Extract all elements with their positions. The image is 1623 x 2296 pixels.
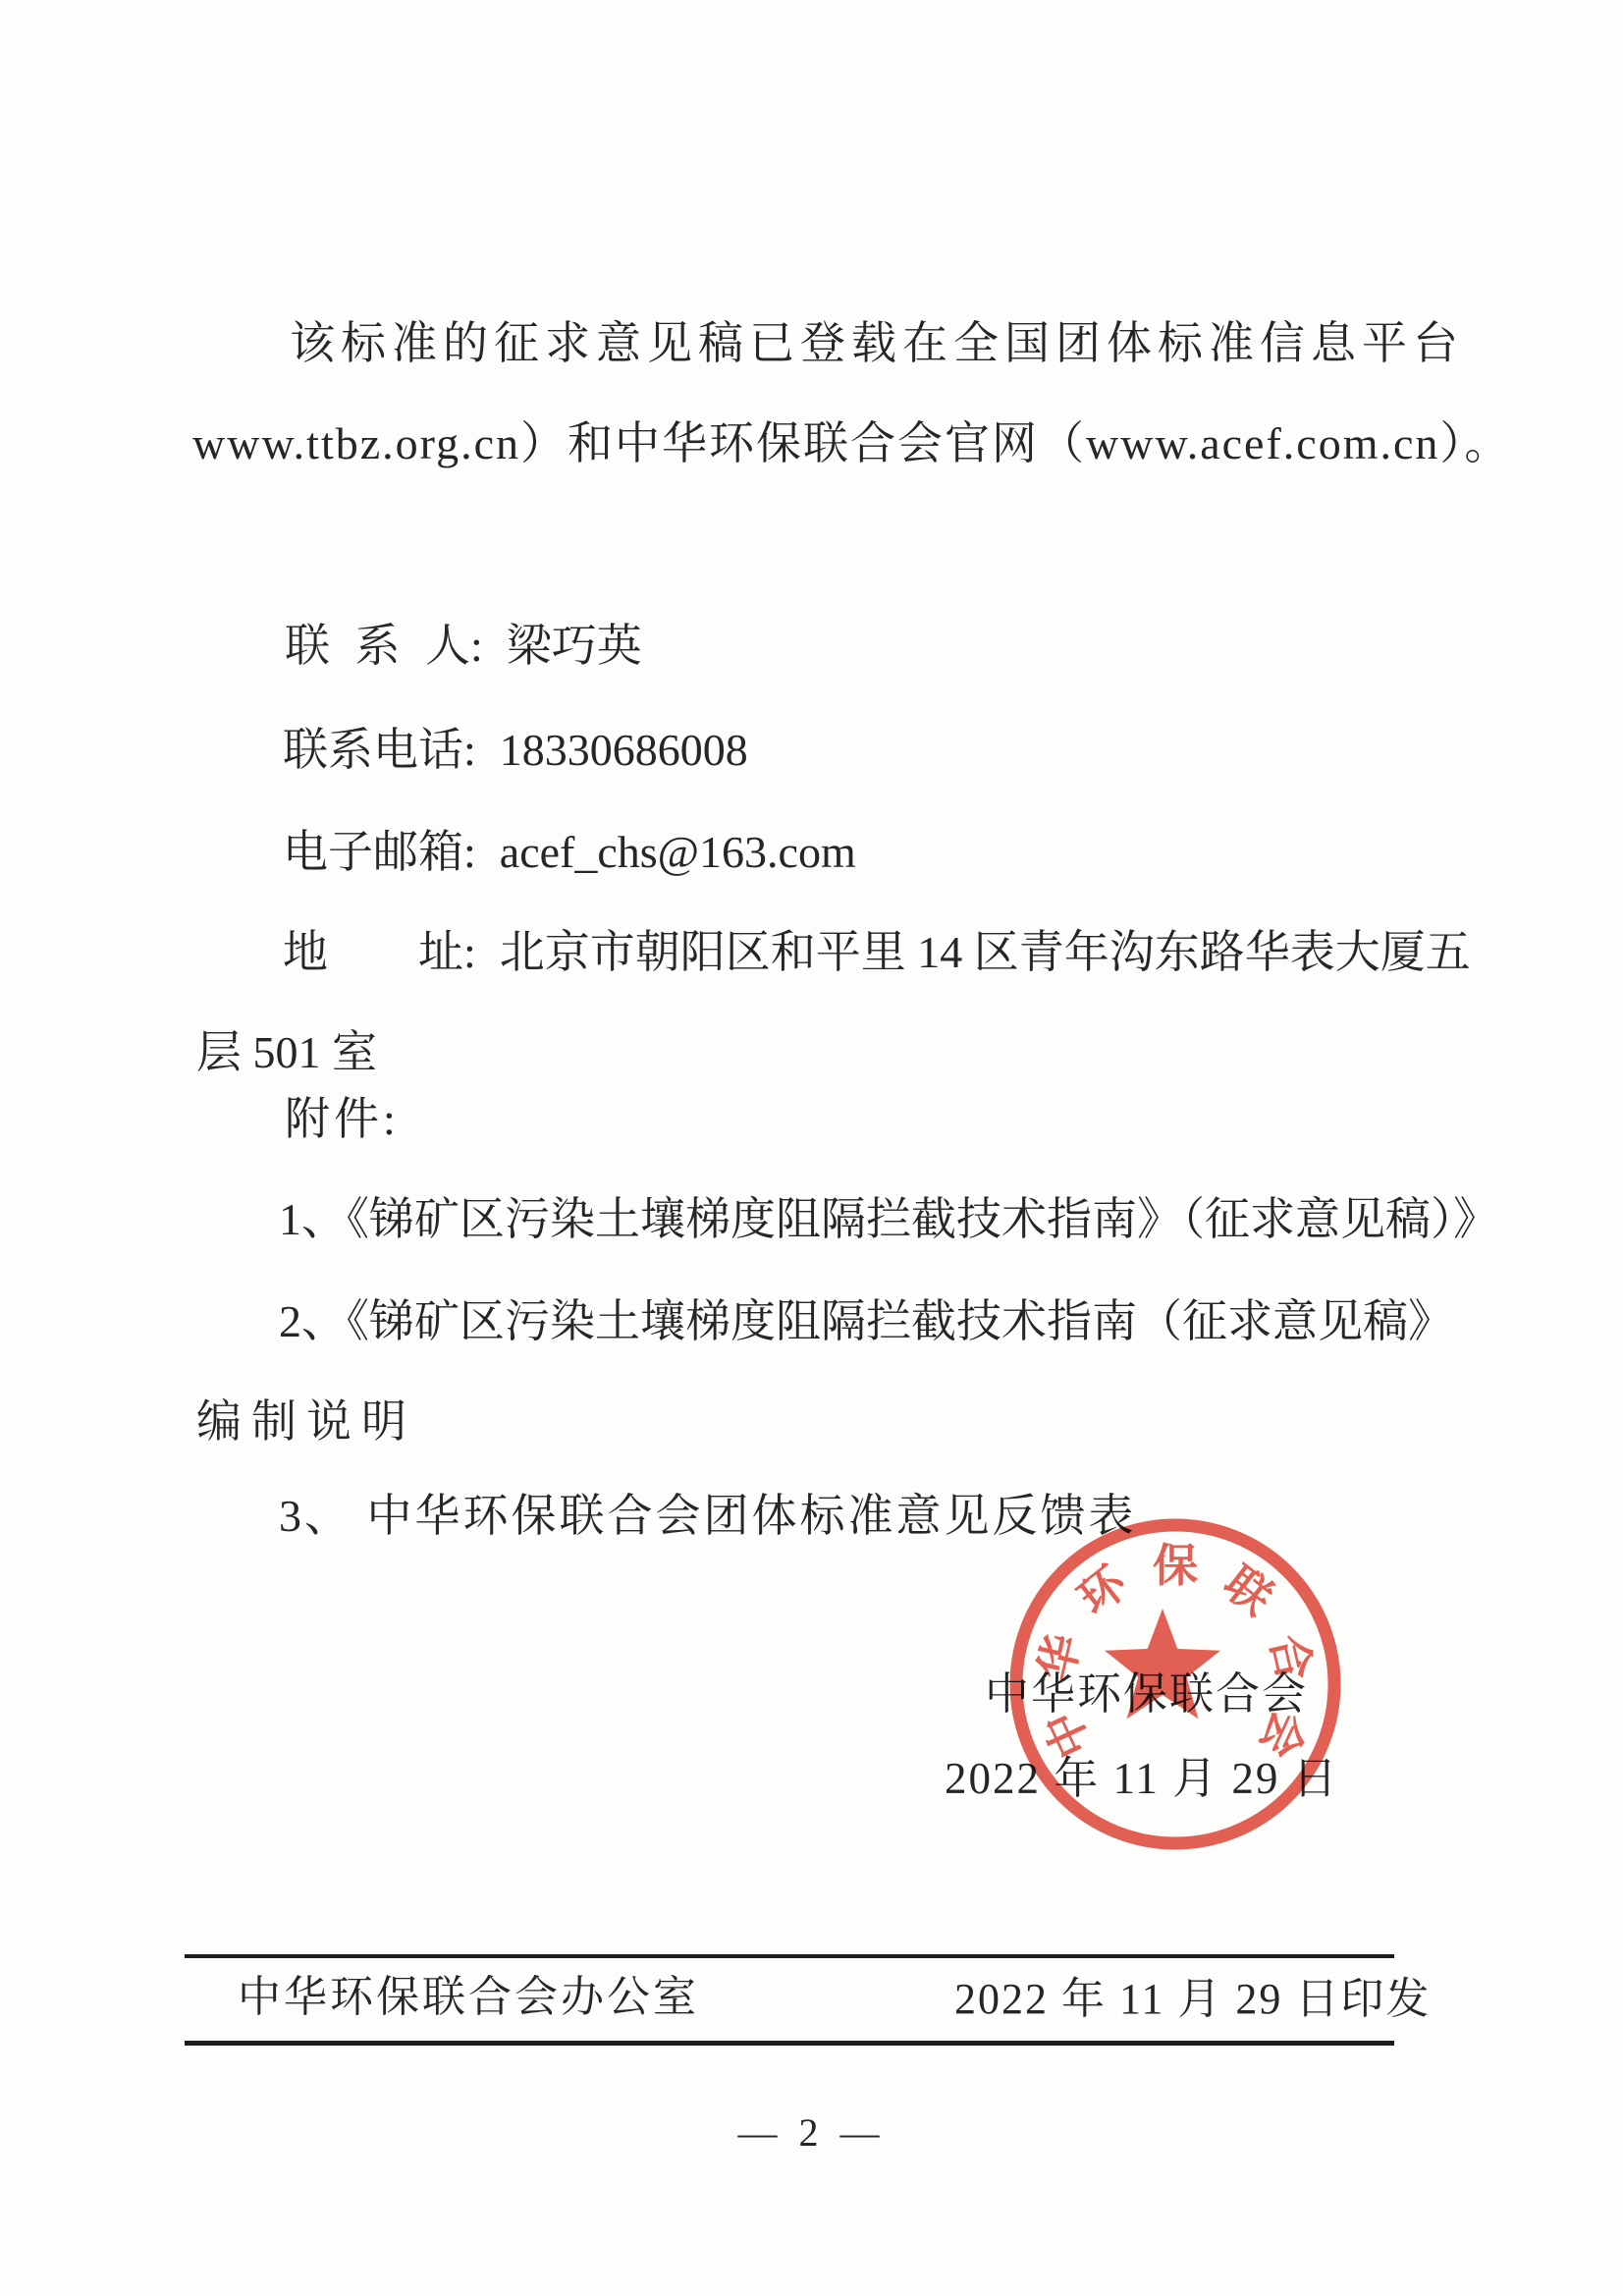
contact-person-line: 联 系 人:梁巧英 [285,619,642,673]
contact-phone-value: 18330686008 [500,725,748,775]
contact-email-value: acef_chs@163.com [500,827,856,877]
page-number: — 2 — [0,2109,1623,2157]
contact-email-line: 电子邮箱:acef_chs@163.com [283,825,856,879]
contact-person-label: 联 系 人: [285,619,483,673]
contact-phone-line: 联系电话:18330686008 [283,723,748,777]
contact-email-label: 电子邮箱: [283,825,476,879]
seal-arc-text: 中 华 环 保 联 合 会 [1031,1541,1321,1766]
signature-date: 2022 年 11 月 29 日 [945,1752,1339,1805]
attachment-item-1: 1、《锑矿区污染土壤梯度阻隔拦截技术指南》（征求意见稿）》 [279,1192,1498,1246]
footer-office-name: 中华环保联合会办公室 [238,1972,699,2024]
contact-address-value: 北京市朝阳区和平里 14 区青年沟东路华表大厦五 [500,927,1471,977]
footer-rule-bottom [185,2041,1394,2046]
contact-person-value: 梁巧英 [507,621,642,671]
attachment-item-2: 2、《锑矿区污染土壤梯度阻隔拦截技术指南（征求意见稿》 [279,1294,1453,1348]
contact-address-label: 地 址: [283,925,476,979]
document-page: 该标准的征求意见稿已登载在全国团体标准信息平台 www.ttbz.org.cn）… [0,0,1623,2296]
svg-text:联: 联 [1215,1558,1281,1625]
paragraph-line-2: www.ttbz.org.cn）和中华环保联合会官网（www.acef.com.… [192,416,1511,470]
contact-address-line: 地 址:北京市朝阳区和平里 14 区青年沟东路华表大厦五 [283,925,1471,979]
footer-rule-top [185,1954,1394,1958]
attachment-item-2-continuation: 编制说明 [196,1394,416,1449]
footer-print-date: 2022 年 11 月 29 日印发 [954,1974,1431,2026]
svg-text:保: 保 [1153,1541,1198,1591]
attachment-item-3: 3、 中华环保联合会团体标准意见反馈表 [279,1489,1137,1543]
paragraph-line-1: 该标准的征求意见稿已登载在全国团体标准信息平台 [290,316,1464,370]
contact-phone-label: 联系电话: [283,723,476,777]
signature-organization: 中华环保联合会 [985,1667,1308,1721]
contact-address-continuation: 层 501 室 [196,1025,377,1079]
svg-text:环: 环 [1069,1557,1137,1625]
attachments-heading: 附件: [285,1092,400,1146]
